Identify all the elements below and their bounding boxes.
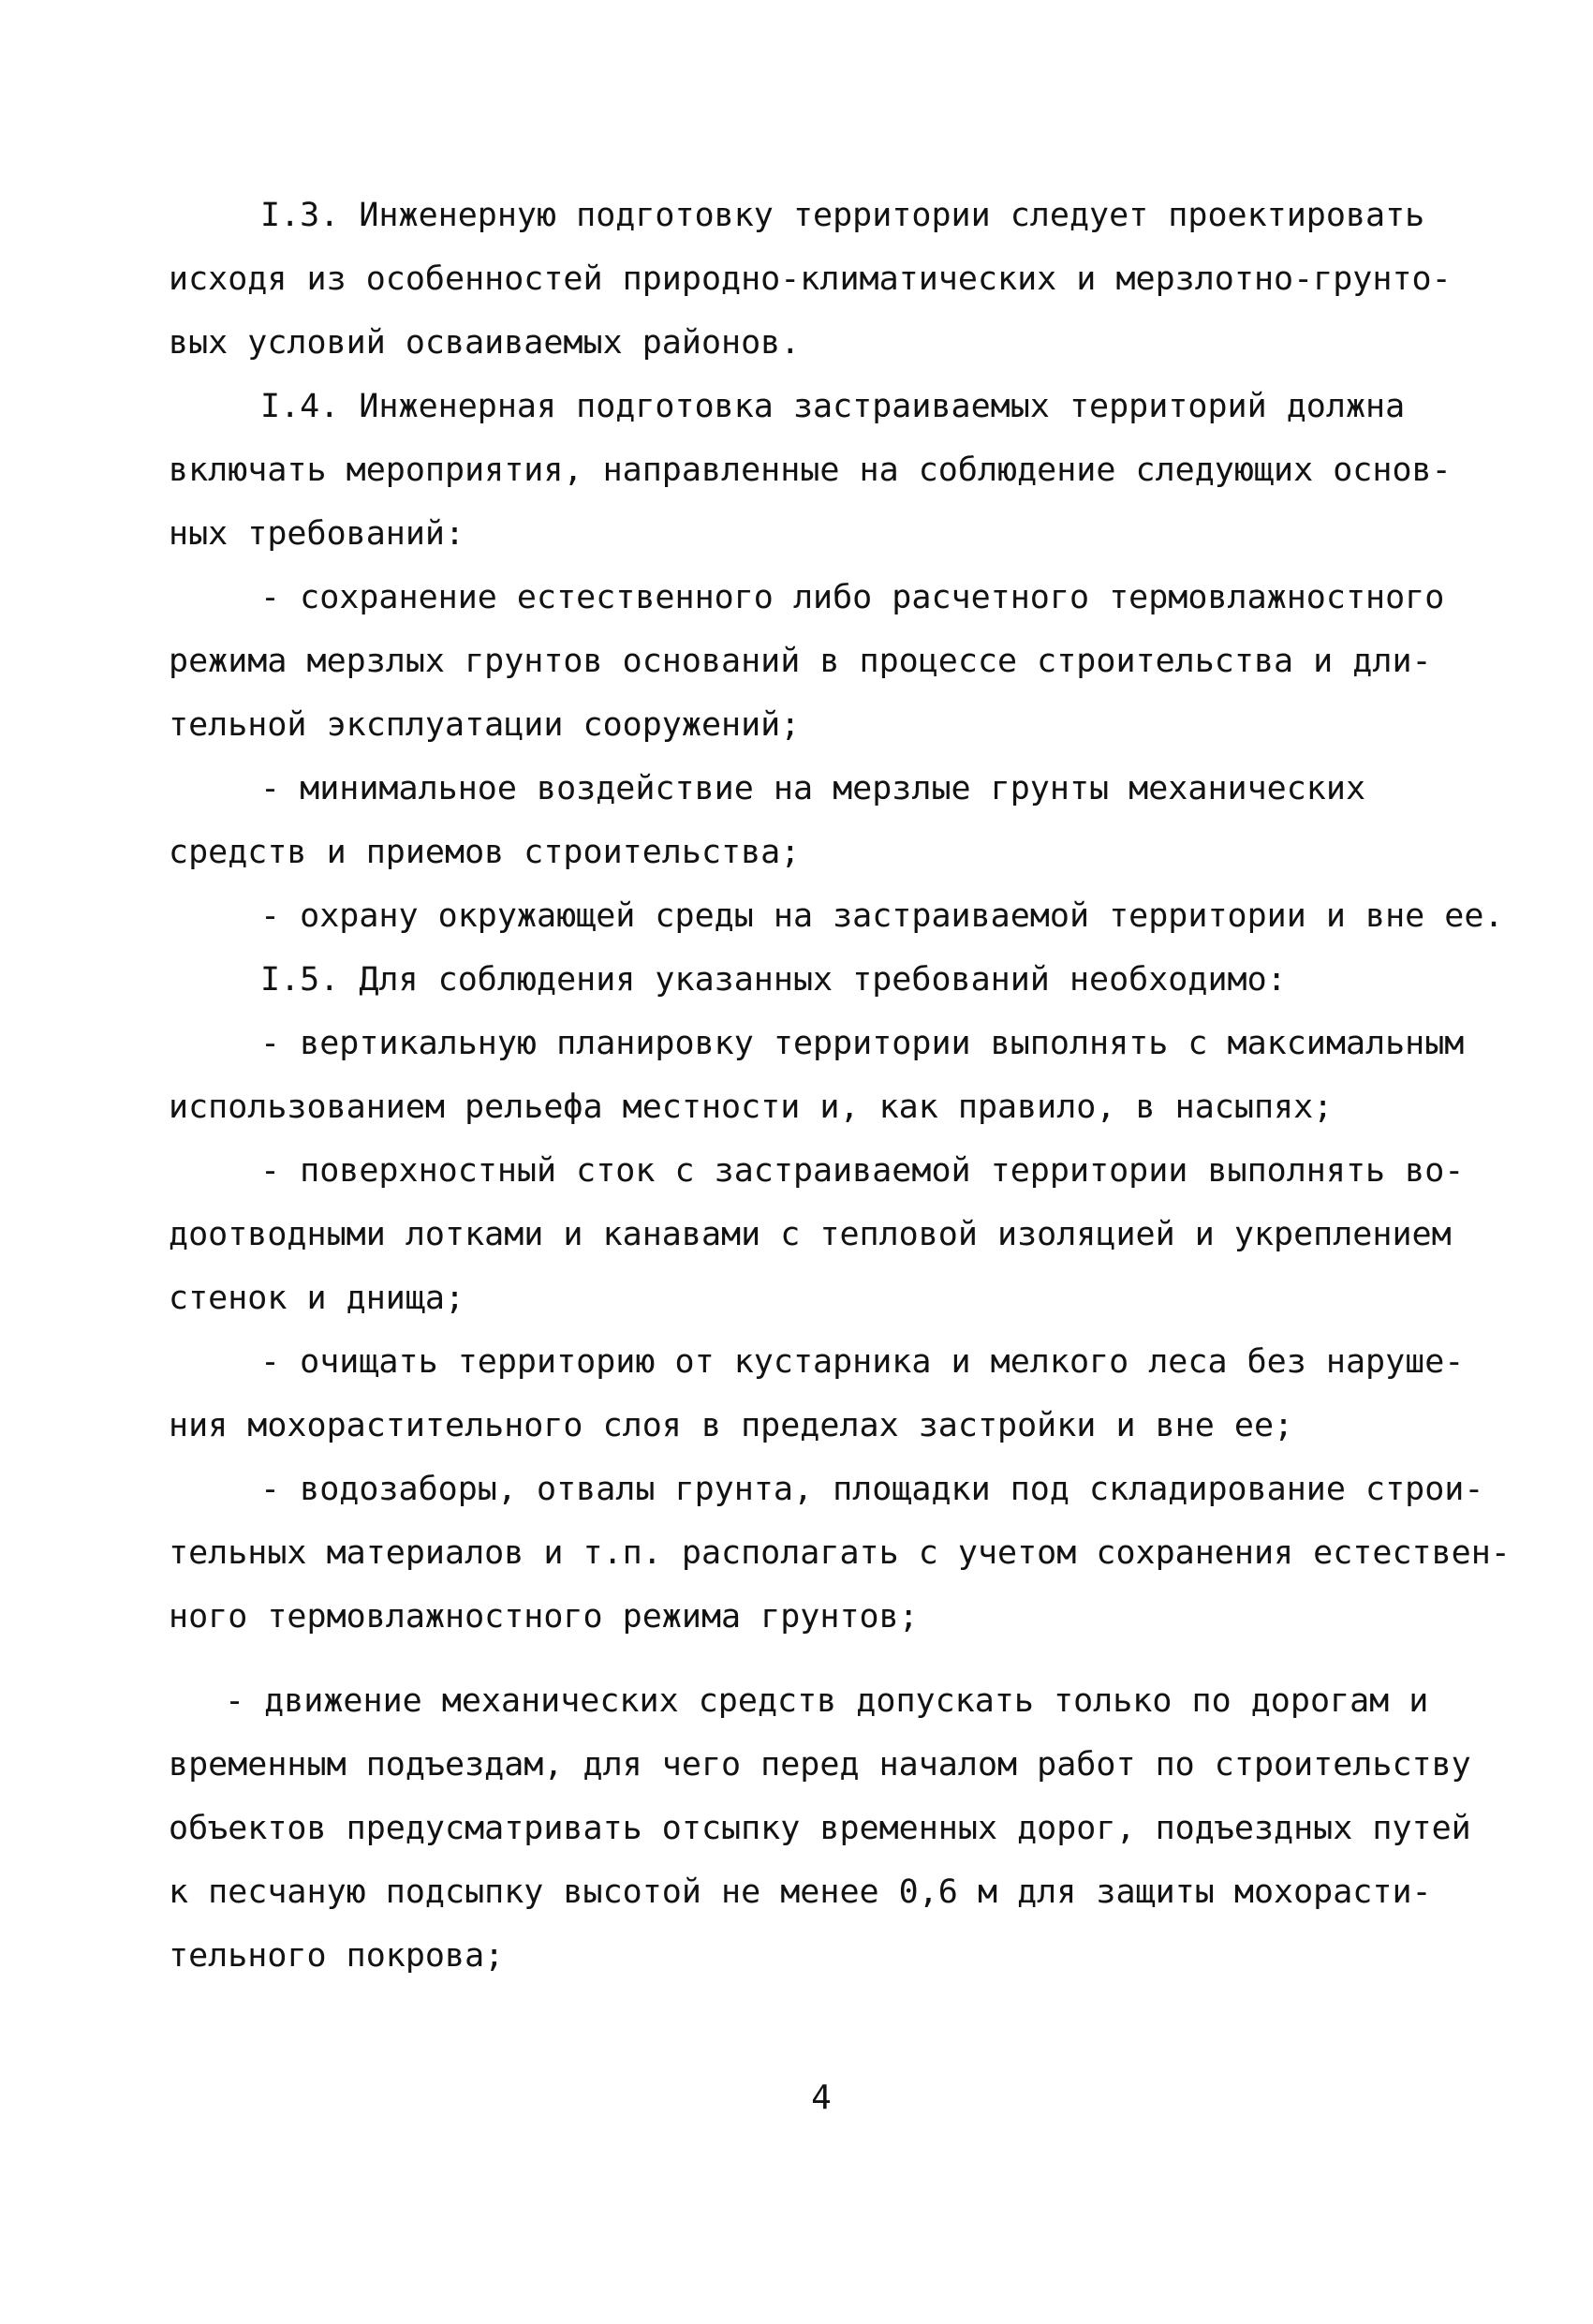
text-line: вых условий осваиваемых районов. [169,311,1480,375]
text-line: объектов предусматривать отсыпку временн… [169,1797,1480,1860]
text-line: - вертикальную планировку территории вып… [169,1012,1480,1075]
text-line: использованием рельефа местности и, как … [169,1075,1480,1139]
text-line: - поверхностный сток с застраиваемой тер… [169,1139,1480,1203]
text-line: стенок и днища; [169,1266,1480,1330]
paragraph: - вертикальную планировку территории вып… [169,1012,1480,1139]
text-line: ного термовлажностного режима грунтов; [169,1585,1480,1649]
page-number: 4 [169,2066,1474,2130]
paragraph: I.5. Для соблюдения указанных требований… [169,948,1480,1012]
text-line: исходя из особенностей природно-климатич… [169,247,1480,311]
paragraph: I.3. Инженерную подготовку территории сл… [169,184,1480,375]
paragraph: - очищать территорию от кустарника и мел… [169,1330,1480,1458]
paragraph: - водозаборы, отвалы грунта, площадки по… [169,1458,1480,1649]
text-line: тельной эксплуатации сооружений; [169,693,1480,757]
paragraph: I.4. Инженерная подготовка застраиваемых… [169,375,1480,566]
text-line: - сохранение естественного либо расчетно… [169,566,1480,629]
text-line: - водозаборы, отвалы грунта, площадки по… [169,1458,1480,1521]
paragraph: - поверхностный сток с застраиваемой тер… [169,1139,1480,1330]
text-line: I.3. Инженерную подготовку территории сл… [169,184,1480,247]
text-line: включать мероприятия, направленные на со… [169,438,1480,502]
paragraph: - сохранение естественного либо расчетно… [169,566,1480,757]
text-line: тельных материалов и т.п. располагать с … [169,1521,1480,1585]
text-line: I.5. Для соблюдения указанных требований… [169,948,1480,1012]
paragraph: - движение механических средств допускат… [169,1669,1480,1988]
text-line: режима мерзлых грунтов оснований в проце… [169,629,1480,693]
text-line: I.4. Инженерная подготовка застраиваемых… [169,375,1480,438]
text-line: - минимальное воздействие на мерзлые гру… [169,757,1480,821]
text-line: к песчаную подсыпку высотой не менее 0,6… [169,1860,1480,1924]
scanned-document-page: I.3. Инженерную подготовку территории сл… [0,0,1593,2324]
text-line: средств и приемов строительства; [169,821,1480,884]
document-text: I.3. Инженерную подготовку территории сл… [169,184,1480,1988]
text-line: ния мохорастительного слоя в пределах за… [169,1394,1480,1458]
text-line: ных требований: [169,502,1480,566]
paragraph: - минимальное воздействие на мерзлые гру… [169,757,1480,884]
text-line: временным подъездам, для чего перед нача… [169,1733,1480,1797]
text-line: - охрану окружающей среды на застраиваем… [169,884,1480,948]
text-line: тельного покрова; [169,1924,1480,1988]
text-line: доотводными лотками и канавами с теплово… [169,1203,1480,1266]
text-line: - очищать территорию от кустарника и мел… [169,1330,1480,1394]
text-line: - движение механических средств допускат… [169,1669,1480,1733]
paragraph: - охрану окружающей среды на застраиваем… [169,884,1480,948]
